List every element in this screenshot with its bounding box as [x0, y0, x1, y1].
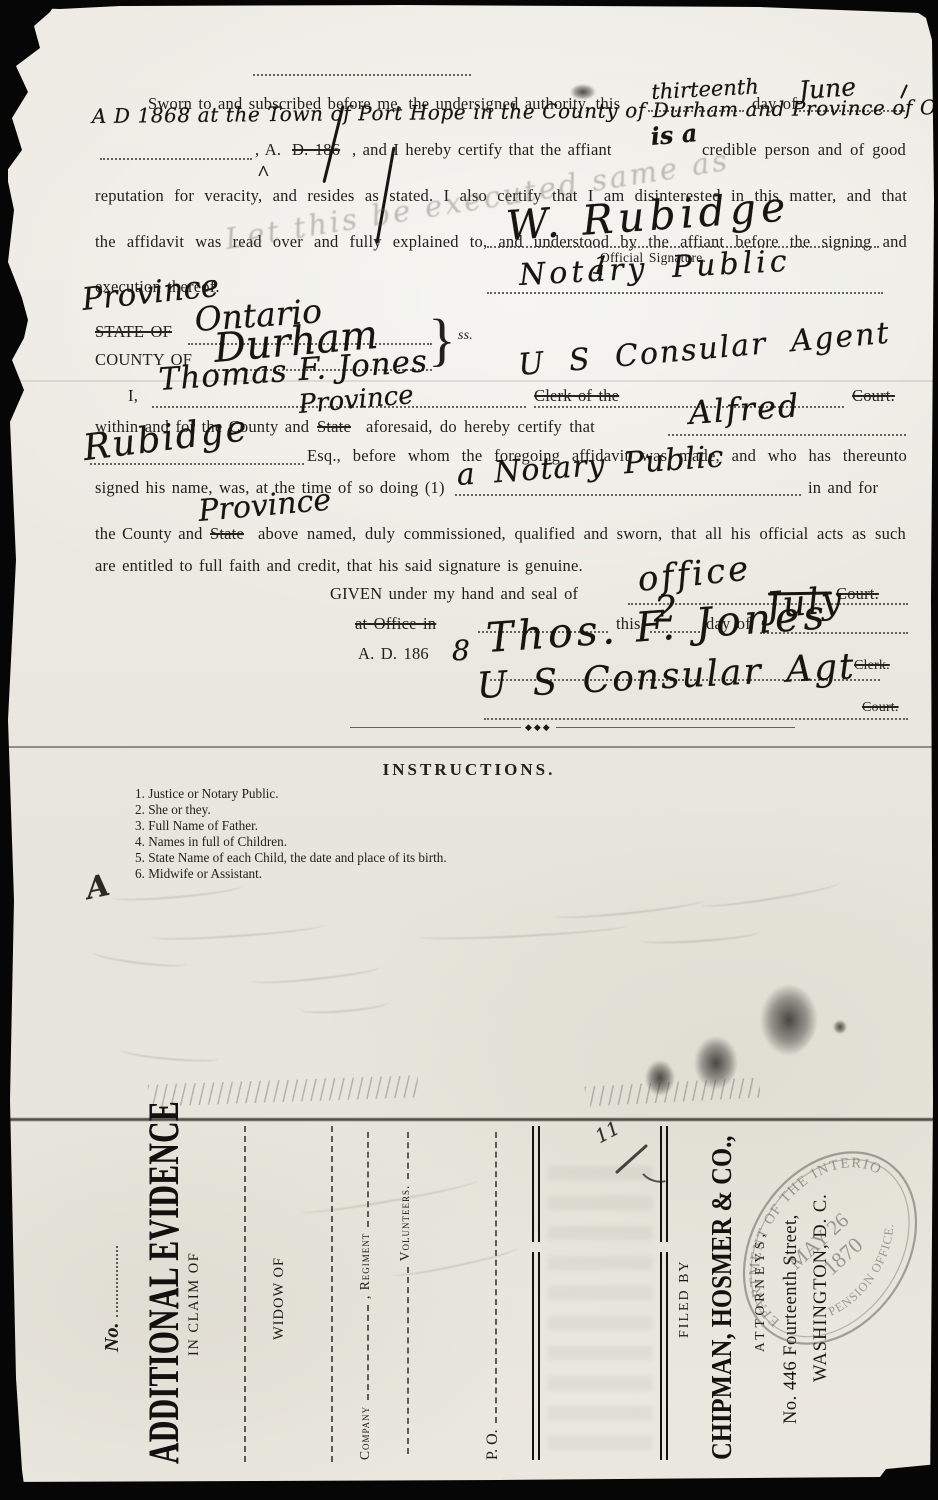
brace: } — [428, 306, 456, 373]
struck-state2: State — [210, 524, 244, 544]
docket-no-blank — [116, 1246, 118, 1317]
divider-ornament: ◆◆◆ — [350, 722, 795, 733]
blank-line — [100, 158, 252, 160]
jurat-ad: , A. — [255, 140, 281, 160]
struck-clerk-of-the: Clerk of the — [534, 386, 619, 406]
double-rule — [660, 1252, 668, 1460]
docket-no-line: No. — [101, 1240, 124, 1352]
po-line: P. O. — [484, 1126, 502, 1460]
docket-no-label: No. — [101, 1323, 124, 1352]
fold-crease — [0, 380, 938, 382]
regiment-label: , Regiment — [357, 1233, 373, 1299]
handwritten-is-a: is a — [649, 118, 698, 151]
company-regiment-line: Company , Regiment — [357, 1126, 373, 1460]
bleed-through-ghost — [548, 1160, 652, 1450]
struck-state: State — [317, 417, 351, 437]
divider-rule — [556, 727, 795, 728]
signature-line — [487, 292, 883, 294]
docket-blank-rule — [244, 1126, 246, 1462]
company-blank — [367, 1305, 369, 1400]
signature-line — [487, 246, 879, 248]
company-label: Company — [357, 1406, 373, 1460]
struck-at-office-in: at Office in — [355, 614, 436, 634]
above-named-line: above named, duly commissioned, qualifie… — [258, 524, 906, 544]
docket-title-wrap: ADDITIONAL EVIDENCE — [140, 1128, 189, 1464]
blank-line — [253, 74, 471, 76]
blank-line — [455, 494, 801, 496]
in-and-for: in and for — [808, 478, 878, 498]
docket-title: ADDITIONAL EVIDENCE — [140, 1101, 189, 1464]
signature-line — [484, 718, 908, 720]
in-claim-of-label: IN CLAIM OF — [186, 1226, 203, 1356]
ad-label: A. D. 186 — [358, 644, 429, 664]
po-label: P. O. — [484, 1429, 502, 1460]
blank-line — [668, 434, 906, 436]
instruction-item: 5. State Name of each Child, the date an… — [135, 850, 447, 866]
instruction-item: 3. Full Name of Father. — [135, 818, 447, 834]
docket-blank-rule — [331, 1126, 333, 1462]
caret-mark: ^ — [257, 160, 270, 186]
instructions-title: INSTRUCTIONS. — [0, 760, 938, 780]
ornament-glyphs: ◆◆◆ — [525, 722, 552, 733]
widow-of-label: WIDOW OF — [271, 1240, 288, 1340]
instruction-item: 1. Justice or Notary Public. — [135, 786, 447, 802]
i-label: I, — [128, 386, 138, 406]
ss-label: ss. — [458, 328, 473, 344]
double-rule — [660, 1126, 668, 1242]
instructions-list: 1. Justice or Notary Public. 2. She or t… — [135, 786, 447, 881]
instruction-item: 6. Midwife or Assistant. — [135, 866, 447, 882]
struck-court: Court. — [852, 386, 895, 406]
po-blank — [495, 1132, 497, 1423]
fold-crease — [0, 746, 938, 748]
filed-by-label: FILED BY — [677, 1238, 693, 1338]
jurat-credible: credible person and of good — [702, 140, 906, 160]
faith-line: are entitled to full faith and credit, t… — [95, 556, 583, 576]
struck-state-of: STATE OF — [95, 322, 172, 342]
county-and-line: the County and — [95, 524, 203, 544]
handwritten-year: 8 — [452, 634, 470, 667]
given-line: GIVEN under my hand and seal of — [330, 584, 578, 604]
instruction-item: 2. She or they. — [135, 802, 447, 818]
double-rule — [532, 1126, 540, 1242]
aforesaid-line: aforesaid, do hereby certify that — [366, 417, 595, 437]
volunteers-label: Volunteers. — [397, 1185, 413, 1262]
volunteers-blank2 — [407, 1132, 409, 1179]
volunteers-blank — [407, 1267, 409, 1454]
volunteers-line: Volunteers. — [397, 1126, 413, 1460]
divider-rule — [350, 727, 521, 728]
regiment-blank — [367, 1132, 369, 1227]
double-rule — [532, 1252, 540, 1460]
scanned-document: Sworn to and subscribed before me, the u… — [0, 0, 938, 1500]
struck-clerk: Clerk. — [854, 658, 890, 674]
instruction-item: 4. Names in full of Children. — [135, 834, 447, 850]
handwritten-alfred: Alfred — [687, 386, 801, 432]
blank-line — [90, 463, 304, 465]
struck-court2: Court. — [862, 700, 899, 716]
